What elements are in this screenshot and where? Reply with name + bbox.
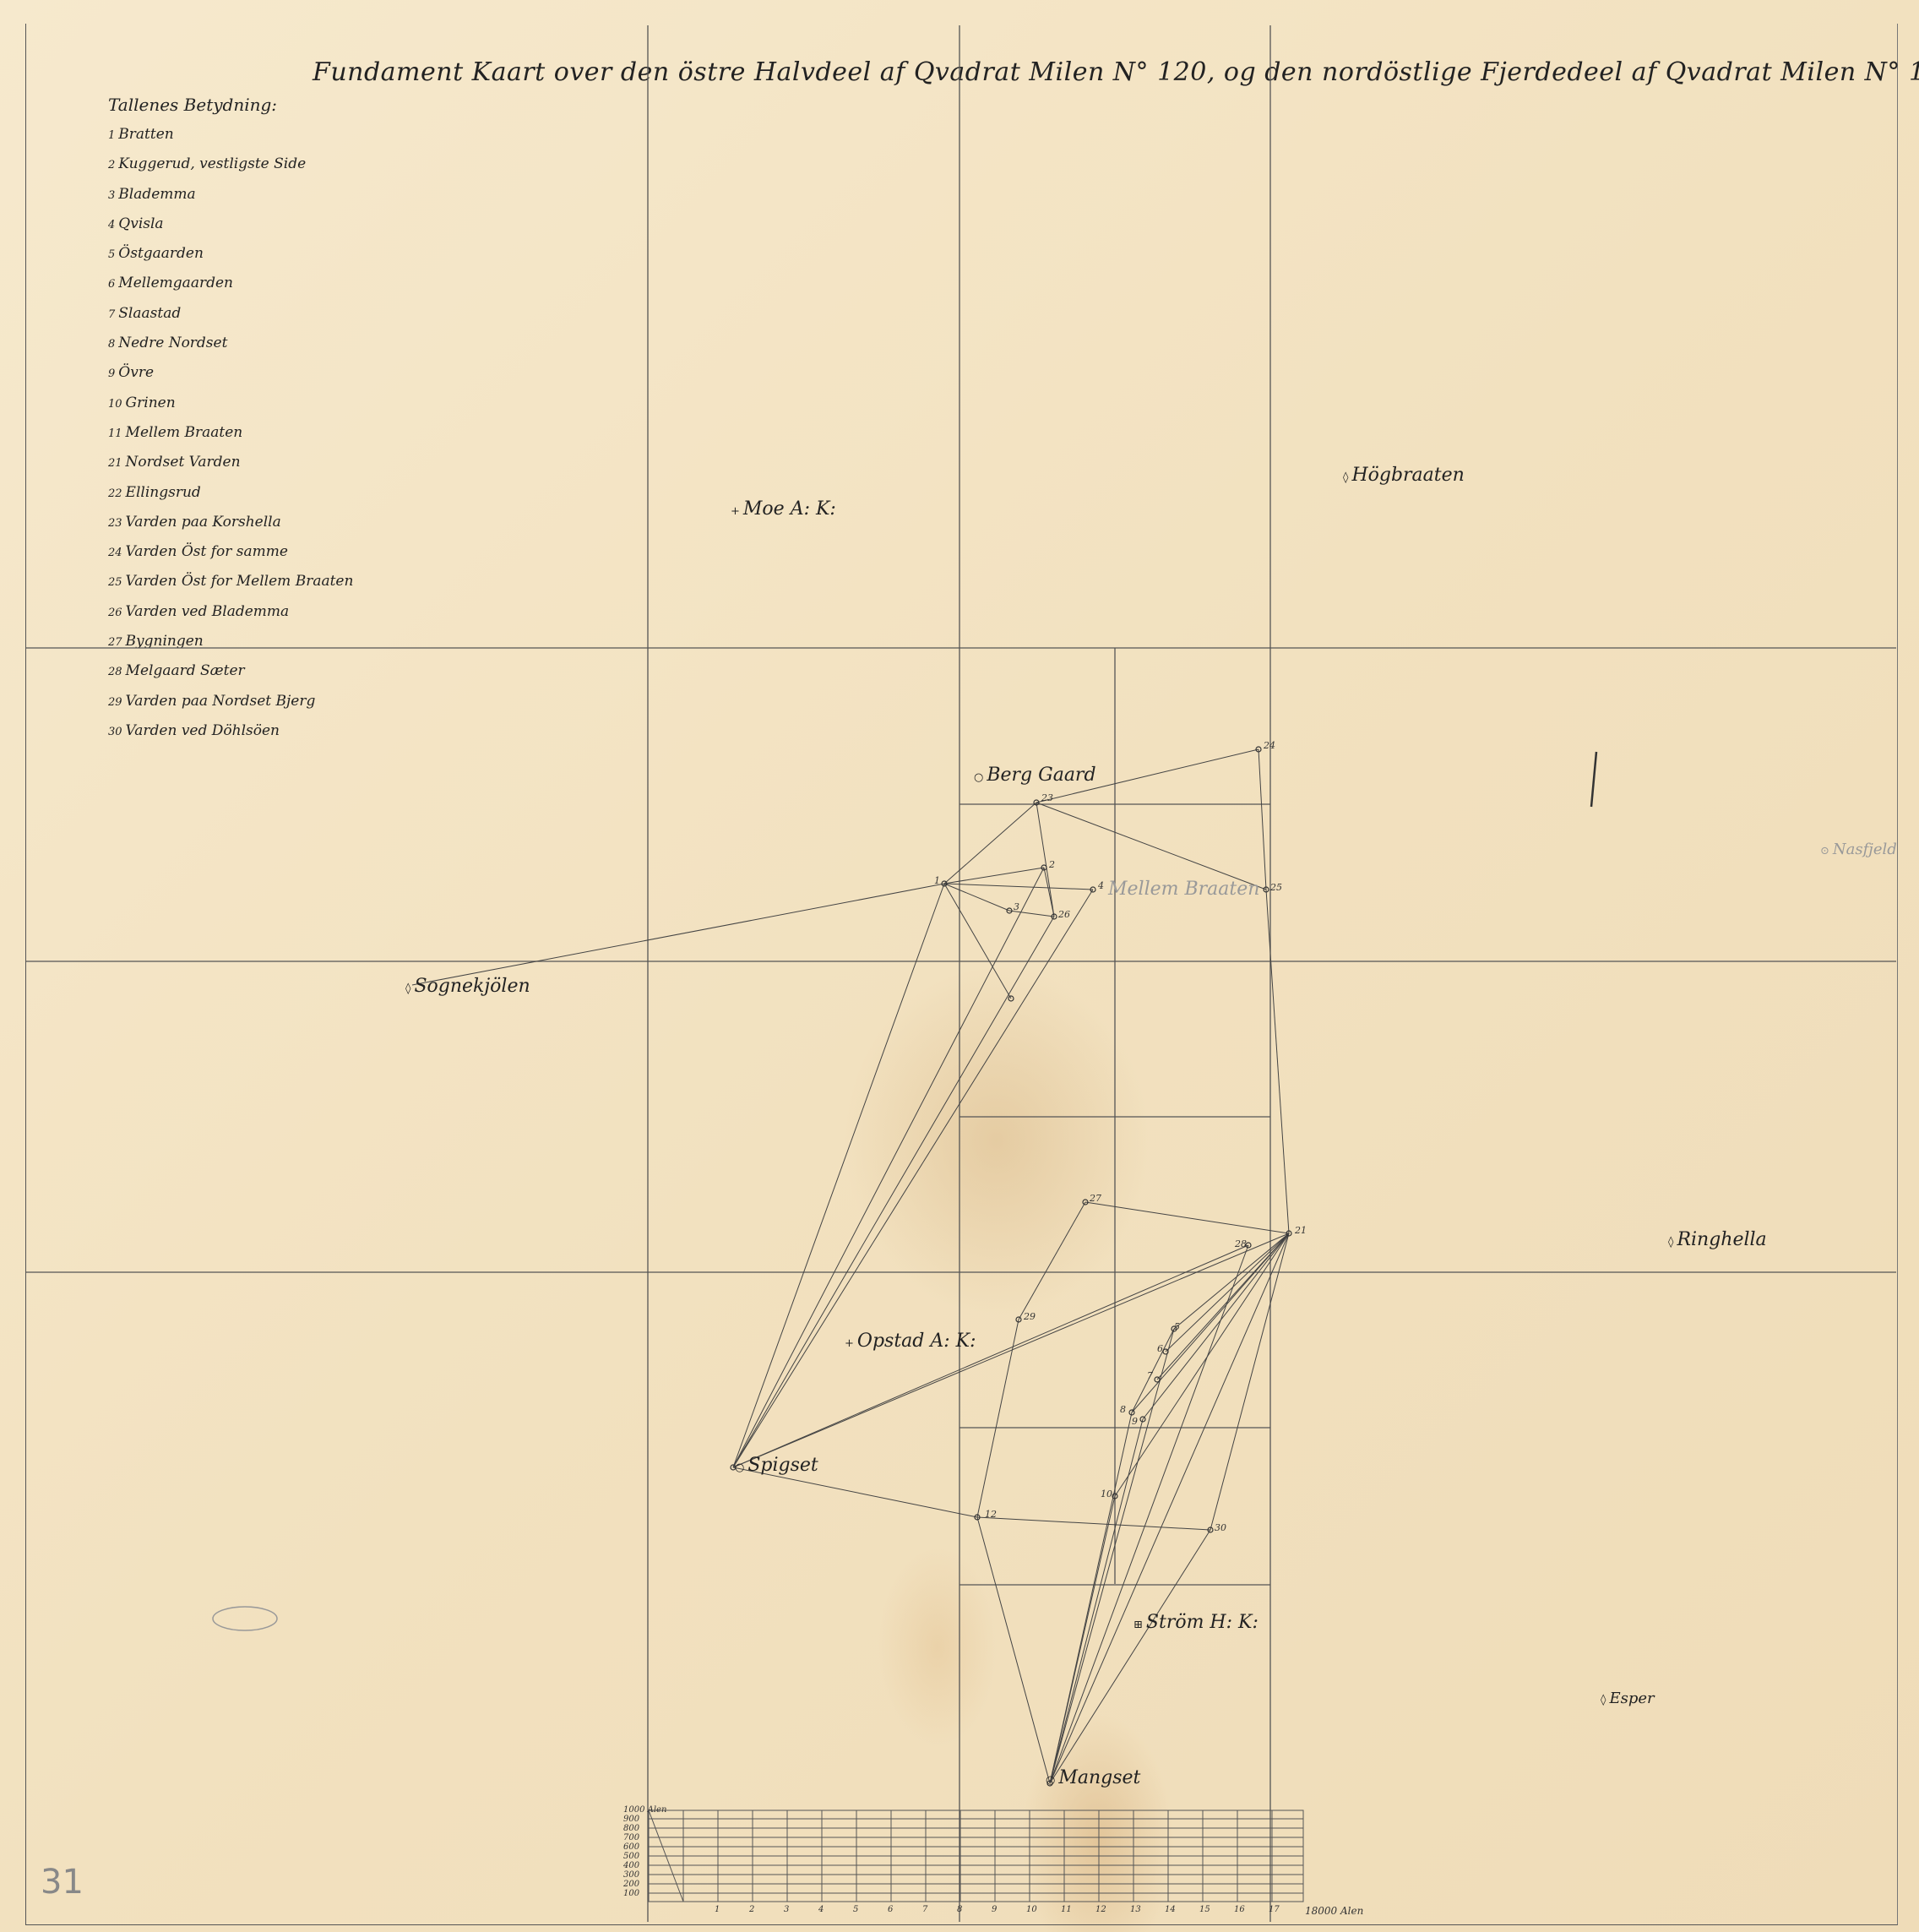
place-moe: +Moe A: K: xyxy=(731,498,836,520)
place-spigset: ○Spigset xyxy=(735,1455,818,1476)
place-mangset: ○Mangset xyxy=(1046,1767,1140,1788)
station-label: 5 xyxy=(1174,1321,1180,1332)
scale-h-label: 8 xyxy=(957,1905,962,1914)
place-ringhella: ◊Ringhella xyxy=(1668,1229,1767,1250)
scale-v-label: 300 xyxy=(623,1870,639,1880)
station-label: 27 xyxy=(1090,1193,1101,1204)
station-label: 1 xyxy=(934,875,940,886)
place-sognekjolen: ◊Sognekjölen xyxy=(405,976,530,997)
pencil-ellipse xyxy=(213,1607,277,1630)
scale-v-label: 800 xyxy=(623,1824,639,1833)
place-esper: ◊Esper xyxy=(1601,1690,1655,1707)
station-label: 25 xyxy=(1270,882,1282,893)
place-strom: ⊞Ström H: K: xyxy=(1133,1612,1258,1633)
scale-h-label: 15 xyxy=(1199,1905,1210,1914)
station-label: 21 xyxy=(1295,1225,1307,1236)
station-label: 28 xyxy=(1235,1238,1247,1249)
place-nasfjeld-faint: ⊙Nasfjeld xyxy=(1820,841,1897,858)
scale-h-label: 10 xyxy=(1026,1905,1037,1914)
station-label: 26 xyxy=(1058,909,1070,920)
scale-v-label: 200 xyxy=(623,1880,639,1889)
scale-h-label: 3 xyxy=(784,1905,789,1914)
scale-v-label: 900 xyxy=(623,1815,639,1824)
scale-h-label: 6 xyxy=(888,1905,893,1914)
scale-h-label: 5 xyxy=(853,1905,858,1914)
station-label: 3 xyxy=(1014,901,1019,912)
scale-v-label: 1000 Alen xyxy=(623,1805,666,1815)
station-label: 8 xyxy=(1120,1404,1126,1415)
scale-h-label: 1 xyxy=(715,1905,720,1914)
scale-h-label: 9 xyxy=(992,1905,997,1914)
station-label: 12 xyxy=(985,1509,997,1520)
place-hogbraaten: ◊Högbraaten xyxy=(1343,465,1465,486)
scale-end-label: 18000 Alen xyxy=(1305,1905,1363,1917)
survey-network xyxy=(0,0,1919,1932)
station-label: 7 xyxy=(1147,1370,1153,1381)
scale-h-label: 12 xyxy=(1095,1905,1106,1914)
scale-v-label: 100 xyxy=(623,1889,639,1898)
ink-stroke xyxy=(1591,752,1596,807)
grid-lines xyxy=(25,25,1896,1922)
scale-h-label: 7 xyxy=(922,1905,927,1914)
scale-h-label: 14 xyxy=(1165,1905,1176,1914)
scale-bar xyxy=(649,1810,1303,1902)
station-label: 6 xyxy=(1157,1343,1163,1354)
station-label: 24 xyxy=(1264,740,1275,751)
place-berg-gaard: ○Berg Gaard xyxy=(974,765,1096,786)
scale-h-label: 13 xyxy=(1130,1905,1141,1914)
station-label: 29 xyxy=(1024,1311,1036,1322)
scale-h-label: 11 xyxy=(1061,1905,1072,1914)
scale-h-label: 4 xyxy=(818,1905,824,1914)
station-label: 4 xyxy=(1098,880,1104,891)
scale-h-label: 2 xyxy=(749,1905,754,1914)
scale-v-label: 700 xyxy=(623,1833,639,1842)
station-label: 23 xyxy=(1041,792,1053,803)
sheet-number: 31 xyxy=(41,1863,84,1902)
scale-h-label: 16 xyxy=(1234,1905,1245,1914)
station-label: 30 xyxy=(1215,1522,1226,1533)
station-label: 2 xyxy=(1049,859,1055,870)
station-label: 9 xyxy=(1132,1416,1138,1427)
scale-h-label: 17 xyxy=(1269,1905,1280,1914)
scale-v-label: 400 xyxy=(623,1861,639,1870)
scale-v-label: 500 xyxy=(623,1852,639,1861)
place-opstad: +Opstad A: K: xyxy=(845,1331,976,1352)
scale-v-label: 600 xyxy=(623,1842,639,1852)
place-mellem-braaten-faint: Mellem Braaten xyxy=(1108,879,1259,900)
station-label: 10 xyxy=(1101,1488,1112,1499)
